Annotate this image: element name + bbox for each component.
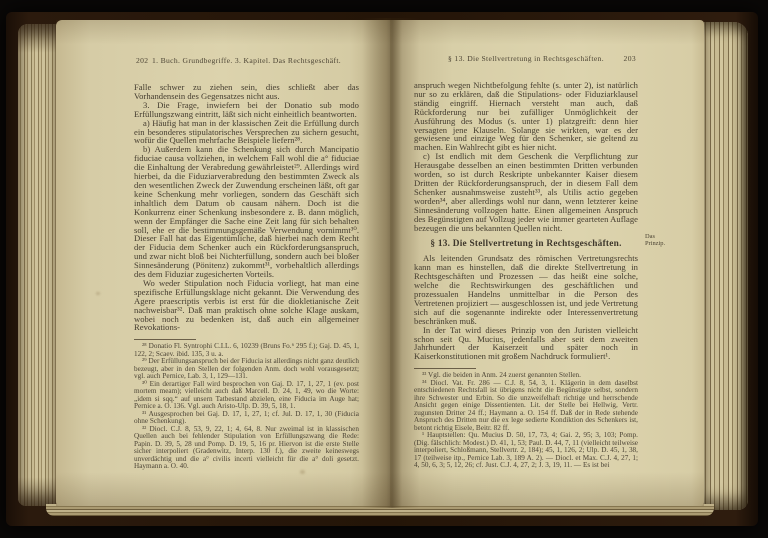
right-page-number: 203: [624, 54, 636, 63]
body-paragraph: a) Häufig hat man in der klassischen Zei…: [134, 119, 359, 146]
body-paragraph: anspruch wegen Nichtbefolgung fehlte (s.…: [414, 81, 638, 152]
body-paragraph: b) Außerdem kann die Schenkung sich durc…: [134, 145, 359, 279]
footnote: ³⁴ Diocl. Vat. Fr. 286 — C.J. 8, 54, 3, …: [414, 380, 638, 433]
right-running-title: § 13. Die Stellvertretung in Rechtsgesch…: [414, 54, 638, 63]
footnote: ²⁸ Donatio Fl. Syntrophi C.I.L. 6, 10239…: [134, 343, 359, 358]
right-page-content: § 13. Die Stellvertretung in Rechtsgesch…: [414, 54, 638, 470]
left-body: Falle schwer zu ziehen sein, dies schlie…: [134, 83, 359, 332]
section-heading: § 13. Die Stellvertretung in Rechtsgesch…: [414, 239, 638, 249]
body-paragraph: In der Tat wird dieses Prinzip von den J…: [414, 326, 638, 362]
footnote-separator: [414, 368, 476, 369]
body-paragraph: Als leitenden Grundsatz des römischen Ve…: [414, 254, 638, 325]
left-page-number: 202: [136, 56, 148, 65]
footnote: ³¹ Ausgesprochen bei Gaj. D. 17, 1, 27, …: [134, 411, 359, 426]
right-running-header: § 13. Die Stellvertretung in Rechtsgesch…: [414, 54, 638, 64]
margin-note: Das Prinzip.: [645, 233, 675, 247]
left-footnotes: ²⁸ Donatio Fl. Syntrophi C.I.L. 6, 10239…: [134, 339, 359, 471]
foxing-spot: [96, 292, 100, 295]
book-scan: 202 1. Buch. Grundbegriffe. 3. Kapitel. …: [0, 0, 768, 538]
page-edges-right: [702, 22, 748, 510]
footnote: ³² Diocl. C.J. 8, 53, 9, 22, 1; 4, 64, 8…: [134, 426, 359, 471]
footnote-separator: [134, 339, 196, 340]
footnote: ¹ Hauptstellen: Qu. Mucius D. 50, 17, 73…: [414, 432, 638, 470]
right-body: anspruch wegen Nichtbefolgung fehlte (s.…: [414, 81, 638, 361]
left-page-content: 202 1. Buch. Grundbegriffe. 3. Kapitel. …: [134, 56, 359, 471]
left-running-header: 202 1. Buch. Grundbegriffe. 3. Kapitel. …: [134, 56, 359, 66]
body-paragraph: Falle schwer zu ziehen sein, dies schlie…: [134, 83, 359, 101]
page-edges-left: [18, 24, 60, 506]
body-paragraph: Wo weder Stipulation noch Fiducia vorlie…: [134, 279, 359, 332]
right-footnotes: ³³ Vgl. die beiden in Anm. 24 zuerst gen…: [414, 368, 638, 470]
footnote: ²⁹ Der Erfüllungsanspruch bei der Fiduci…: [134, 358, 359, 381]
left-running-title: 1. Buch. Grundbegriffe. 3. Kapitel. Das …: [134, 56, 359, 65]
body-paragraph: c) Ist endlich mit dem Geschenk die Verp…: [414, 152, 638, 232]
footnote: ³⁰ Ein derartiger Fall wird besprochen v…: [134, 381, 359, 411]
body-paragraph: 3. Die Frage, inwiefern bei der Donatio …: [134, 101, 359, 119]
